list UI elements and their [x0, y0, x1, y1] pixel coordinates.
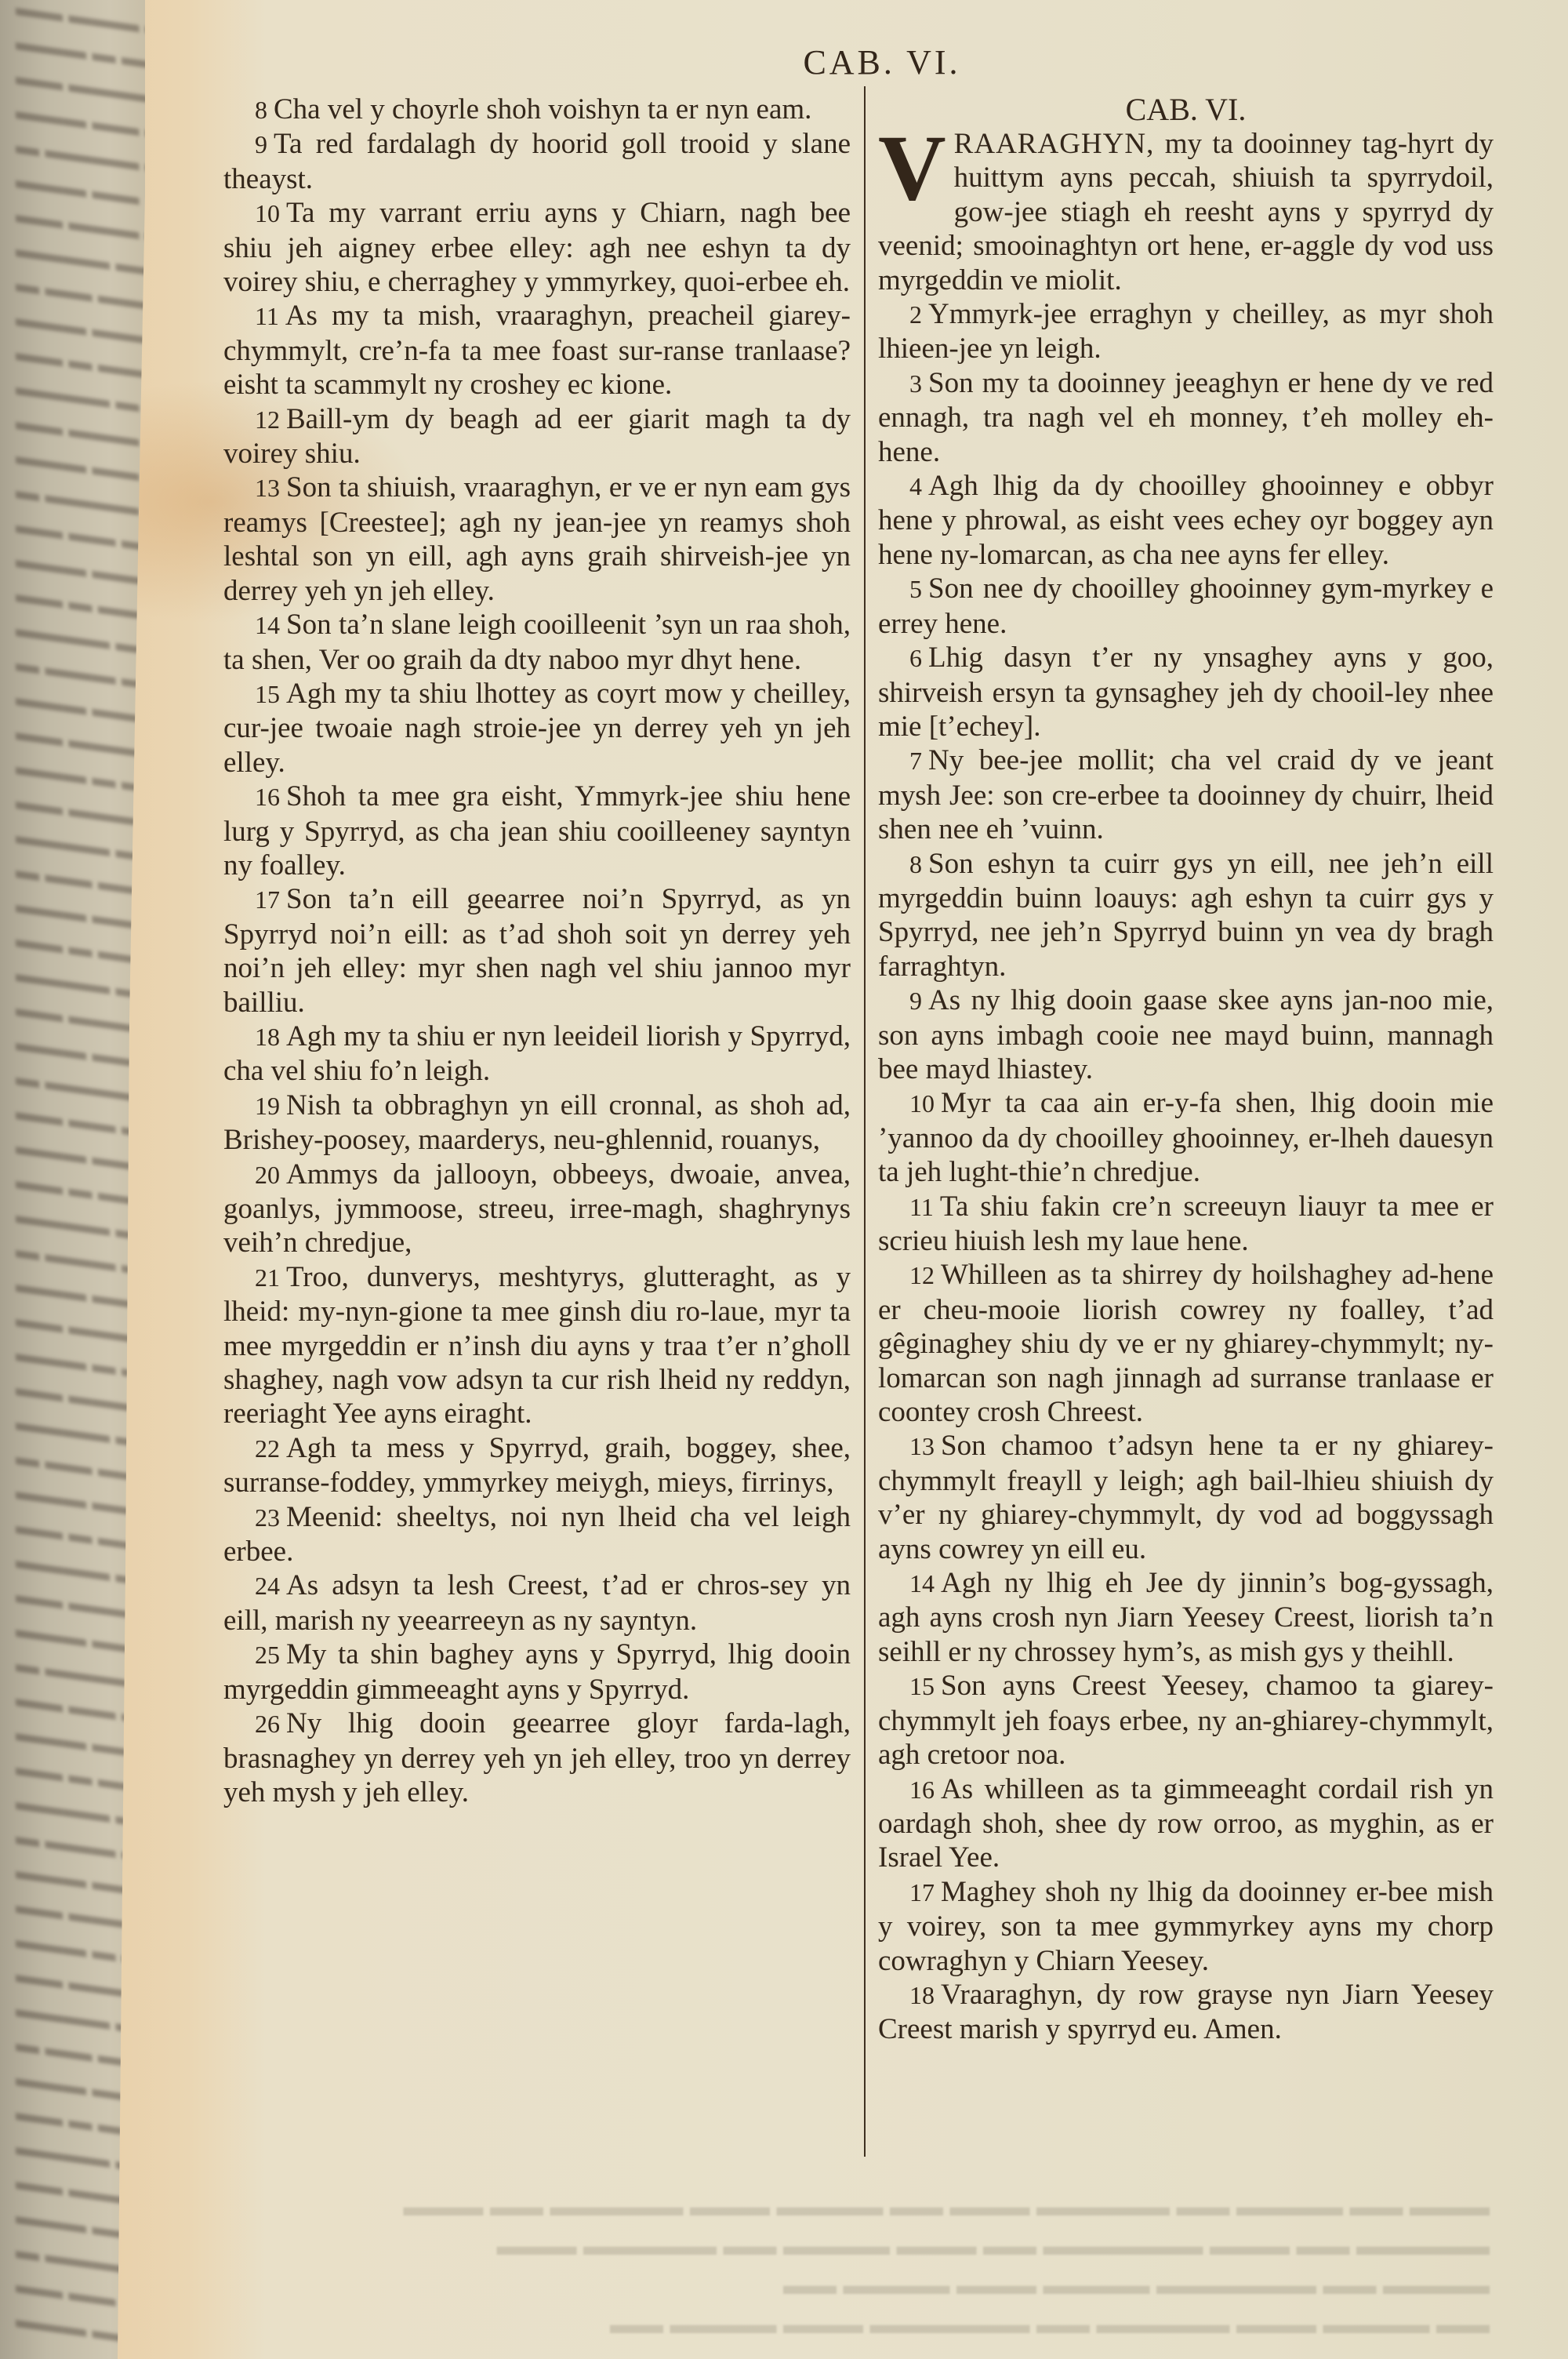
verse: 5Son nee dy chooilley ghooinney gym-myrk… [878, 572, 1494, 641]
verse-text: Vraaraghyn, dy row grayse nyn Jiarn Yees… [878, 1979, 1494, 2045]
verse-number: 26 [255, 1710, 280, 1738]
verse-text: Nish ta obbraghyn yn eill cronnal, as sh… [223, 1089, 851, 1156]
verse-number: 12 [909, 1261, 935, 1289]
verse-text: Son chamoo t’adsyn hene ta er ny ghiarey… [878, 1430, 1494, 1565]
verse: 18Vraaraghyn, dy row grayse nyn Jiarn Ye… [878, 1978, 1494, 2047]
verse-number: 9 [909, 987, 922, 1015]
verse: 6Lhig dasyn t’er ny ynsaghey ayns y goo,… [878, 641, 1494, 743]
verse-number: 25 [255, 1641, 280, 1669]
verse-number: 18 [909, 1981, 935, 2009]
verse-number: 3 [909, 369, 922, 398]
verse-number: 8 [255, 96, 267, 124]
verse-text: Son my ta dooinney jeeaghyn er hene dy v… [878, 367, 1494, 468]
verse-text: Whilleen as ta shirrey dy hoilshaghey ad… [878, 1259, 1494, 1428]
verse: 22Agh ta mess y Spyrryd, graih, boggey, … [223, 1431, 851, 1500]
verse: 7Ny bee-jee mollit; cha vel craid dy ve … [878, 743, 1494, 846]
verse: 25My ta shin baghey ayns y Spyrryd, lhig… [223, 1637, 851, 1707]
verse-text: Maghey shoh ny lhig da dooinney er-bee m… [878, 1876, 1494, 1977]
verse-text: Ta my varrant erriu ayns y Chiarn, nagh … [223, 197, 851, 298]
verse-text: As my ta mish, vraaraghyn, preacheil gia… [223, 300, 851, 401]
verse: 17Maghey shoh ny lhig da dooinney er-bee… [878, 1875, 1494, 1978]
verse: 9As ny lhig dooin gaase skee ayns jan-no… [878, 983, 1494, 1086]
verse: 10Ta my varrant erriu ayns y Chiarn, nag… [223, 196, 851, 299]
running-header: CAB. VI. [792, 42, 972, 82]
drop-cap: V [878, 132, 946, 204]
verse-text: Ta shiu fakin cre’n screeuyn liauyr ta m… [878, 1190, 1494, 1257]
verse: 17Son ta’n eill geearree noi’n Spyrryd, … [223, 882, 851, 1020]
verse-text: Meenid: sheeltys, noi nyn lheid cha vel … [223, 1501, 851, 1568]
verse: 24As adsyn ta lesh Creest, t’ad er chros… [223, 1568, 851, 1637]
verse-number: 12 [255, 405, 280, 434]
verse-number: 4 [909, 472, 922, 500]
verse-text: Ny bee-jee mollit; cha vel craid dy ve j… [878, 744, 1494, 845]
verse-number: 18 [255, 1023, 280, 1051]
verse-number: 24 [255, 1572, 280, 1600]
verse: 8Cha vel y choyrle shoh voishyn ta er ny… [223, 93, 851, 127]
verse: 4Agh lhig da dy chooilley ghooinney e ob… [878, 469, 1494, 572]
verse: 21Troo, dunverys, meshtyrys, glutteraght… [223, 1260, 851, 1431]
verse-text: As whilleen as ta gimmeeaght cordail ris… [878, 1773, 1494, 1874]
verse: 9Ta red fardalagh dy hoorid goll trooid … [223, 127, 851, 196]
verse-number: 7 [909, 747, 922, 775]
verse-number: 6 [909, 644, 922, 672]
verse-number: 14 [909, 1569, 935, 1598]
verse-number: 5 [909, 575, 922, 603]
verse-text: As adsyn ta lesh Creest, t’ad er chros-s… [223, 1569, 851, 1636]
verse-text: Shoh ta mee gra eisht, Ymmyrk-jee shiu h… [223, 780, 851, 881]
verse-number: 16 [255, 783, 280, 811]
verse: 19Nish ta obbraghyn yn eill cronnal, as … [223, 1089, 851, 1158]
column-divider [864, 86, 866, 2157]
verse: 15Agh my ta shiu lhottey as coyrt mow y … [223, 677, 851, 780]
verse: 12Whilleen as ta shirrey dy hoilshaghey … [878, 1258, 1494, 1429]
verse-text: Ymmyrk-jee erraghyn y cheilley, as myr s… [878, 298, 1494, 365]
verse-number: 15 [255, 680, 280, 708]
left-column: 8Cha vel y choyrle shoh voishyn ta er ny… [223, 93, 851, 1809]
verse: 10Myr ta caa ain er-y-fa shen, lhig dooi… [878, 1086, 1494, 1189]
verse-number: 22 [255, 1434, 280, 1463]
verse-text: Myr ta caa ain er-y-fa shen, lhig dooin … [878, 1087, 1494, 1188]
verse: 13Son ta shiuish, vraaraghyn, er ve er n… [223, 471, 851, 608]
verse-text: Agh lhig da dy chooilley ghooinney e obb… [878, 470, 1494, 571]
verse-number: 2 [909, 300, 922, 329]
verse-number: 11 [255, 302, 279, 330]
verse-number: 16 [909, 1776, 935, 1804]
verse: 16As whilleen as ta gimmeeaght cordail r… [878, 1772, 1494, 1875]
right-column: CAB. VI. VRAARAGHYN, my ta dooinney tag-… [878, 93, 1494, 2047]
verse-number: 15 [909, 1672, 935, 1700]
verse-number: 9 [255, 130, 267, 158]
verse-text: Agh ta mess y Spyrryd, graih, boggey, sh… [223, 1432, 851, 1499]
verse-text: Ta red fardalagh dy hoorid goll trooid y… [223, 128, 851, 194]
opening-verse: VRAARAGHYN, my ta dooinney tag-hyrt dy h… [878, 127, 1494, 297]
verse-text: As ny lhig dooin gaase skee ayns jan-noo… [878, 984, 1494, 1085]
verse: 8Son eshyn ta cuirr gys yn eill, nee jeh… [878, 847, 1494, 984]
verse-text: Son ta’n eill geearree noi’n Spyrryd, as… [223, 883, 851, 1018]
show-through-text: ▬▬▬ ▬▬ ▬▬▬▬ ▬▬ ▬▬▬▬▬ ▬▬▬ ▬▬ ▬▬▬▬ ▬▬▬ ▬▬▬… [235, 2188, 1490, 2345]
verse: 16Shoh ta mee gra eisht, Ymmyrk-jee shiu… [223, 780, 851, 882]
verse: 11As my ta mish, vraaraghyn, preacheil g… [223, 299, 851, 402]
verse-text: Son ayns Creest Yeesey, chamoo ta giarey… [878, 1670, 1494, 1771]
verse: 3Son my ta dooinney jeeaghyn er hene dy … [878, 366, 1494, 469]
chapter-heading: CAB. VI. [878, 93, 1494, 127]
verse: 11Ta shiu fakin cre’n screeuyn liauyr ta… [878, 1190, 1494, 1259]
verse-number: 11 [909, 1193, 934, 1221]
verse-text: Agh my ta shiu er nyn leeideil liorish y… [223, 1020, 851, 1087]
verse-text: Son eshyn ta cuirr gys yn eill, nee jeh’… [878, 848, 1494, 983]
verse-number: 23 [255, 1503, 280, 1532]
verse-text: Agh my ta shiu lhottey as coyrt mow y ch… [223, 678, 851, 779]
verse-text: Son ta’n slane leigh cooilleenit ’syn un… [223, 609, 851, 675]
verse-text: Troo, dunverys, meshtyrys, glutteraght, … [223, 1261, 851, 1430]
verse: 23Meenid: sheeltys, noi nyn lheid cha ve… [223, 1500, 851, 1569]
verse-text: Son nee dy chooilley ghooinney gym-myrke… [878, 572, 1494, 639]
verse-text: Baill-ym dy beagh ad eer giarit magh ta … [223, 403, 851, 470]
verse-number: 17 [255, 885, 280, 914]
verse-number: 13 [255, 474, 280, 502]
verse-text: Ammys da jallooyn, obbeeys, dwoaie, anve… [223, 1158, 851, 1259]
verse: 20Ammys da jallooyn, obbeeys, dwoaie, an… [223, 1158, 851, 1260]
verse: 18Agh my ta shiu er nyn leeideil liorish… [223, 1020, 851, 1089]
verse: 14Agh ny lhig eh Jee dy jinnin’s bog-gys… [878, 1566, 1494, 1669]
verse-number: 21 [255, 1263, 280, 1292]
verse: 14Son ta’n slane leigh cooilleenit ’syn … [223, 608, 851, 677]
verse-number: 17 [909, 1878, 935, 1906]
verse-number: 8 [909, 850, 922, 878]
verse-number: 20 [255, 1161, 280, 1189]
verse-number: 10 [255, 199, 280, 227]
verse: 12Baill-ym dy beagh ad eer giarit magh t… [223, 402, 851, 471]
verse: 2Ymmyrk-jee erraghyn y cheilley, as myr … [878, 297, 1494, 366]
verse-number: 14 [255, 611, 280, 639]
verse-text: My ta shin baghey ayns y Spyrryd, lhig d… [223, 1638, 851, 1705]
verse-text: Lhig dasyn t’er ny ynsaghey ayns y goo, … [878, 642, 1494, 743]
verse-number: 13 [909, 1432, 935, 1460]
verse-number: 19 [255, 1092, 280, 1120]
verse: 15Son ayns Creest Yeesey, chamoo ta giar… [878, 1669, 1494, 1772]
verse-text: Cha vel y choyrle shoh voishyn ta er nyn… [274, 93, 811, 125]
verse-text: Son ta shiuish, vraaraghyn, er ve er nyn… [223, 471, 851, 606]
verse: 26Ny lhig dooin geearree gloyr farda-lag… [223, 1707, 851, 1809]
opening-caps: RAARAGHYN, [954, 128, 1155, 160]
verse-text: Ny lhig dooin geearree gloyr farda-lagh,… [223, 1707, 851, 1808]
verse-text: Agh ny lhig eh Jee dy jinnin’s bog-gyssa… [878, 1567, 1494, 1668]
verse: 13Son chamoo t’adsyn hene ta er ny ghiar… [878, 1429, 1494, 1566]
verse-number: 10 [909, 1089, 935, 1118]
